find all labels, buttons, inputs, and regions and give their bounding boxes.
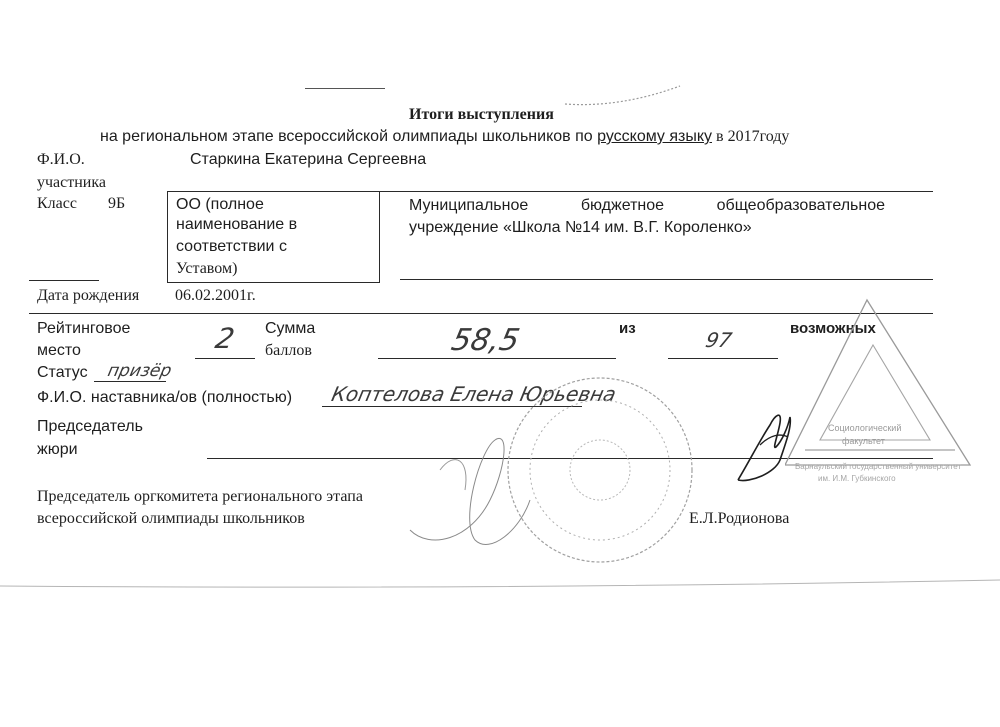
orgcom-label-2: всероссийской олимпиады школьников xyxy=(37,509,305,529)
fio-underline xyxy=(378,191,933,192)
orgcom-name: Е.Л.Родионова xyxy=(689,509,789,529)
rating-underline xyxy=(195,358,255,359)
sum-label: Сумма xyxy=(265,319,315,339)
org-value-line-1: Муниципальное бюджетное общеобразователь… xyxy=(409,196,885,216)
rating-label: Рейтинговое xyxy=(37,319,130,339)
document-title: Итоги выступления xyxy=(409,106,554,124)
org-value-line-2: учреждение «Школа №14 им. В.Г. Короленко… xyxy=(409,218,752,238)
triangle-stamp-bottom-1: Барнаульский государственный университет xyxy=(795,462,961,471)
jury-label: Председатель xyxy=(37,417,143,437)
orgcom-label: Председатель оргкомитета регионального э… xyxy=(37,487,363,507)
subject: русскому языку xyxy=(597,128,712,145)
org-label-line-4: Уставом) xyxy=(176,259,237,279)
fio-label: Ф.И.О. xyxy=(37,150,85,170)
status-underline xyxy=(94,381,166,382)
top-short-line xyxy=(305,88,385,89)
rating-label-2: место xyxy=(37,341,81,361)
jury-label-2: жюри xyxy=(37,440,78,460)
max-underline xyxy=(668,358,778,359)
birth-value: 06.02.2001г. xyxy=(175,286,256,306)
class-value: 9Б xyxy=(108,194,125,214)
status-label: Статус xyxy=(37,363,88,383)
mentor-label: Ф.И.О. наставника/ов (полностью) xyxy=(37,388,292,408)
triangle-stamp-bottom-2: им. И.М. Губкинского xyxy=(818,474,896,483)
sum-label-2: баллов xyxy=(265,341,312,361)
max-value: 97 xyxy=(703,328,734,352)
org-label-line-2: наименование в xyxy=(176,215,297,235)
fio-label-2: участника xyxy=(37,173,106,193)
triangle-stamp-inner-2: факультет xyxy=(842,436,885,446)
triangle-stamp-inner-1: Социологический xyxy=(828,423,901,433)
org-underline xyxy=(400,279,933,280)
document-subtitle: на региональном этапе всероссийской олим… xyxy=(100,127,789,147)
sum-value: 58,5 xyxy=(448,323,522,358)
stamp-fragment-top xyxy=(560,82,690,112)
class-underline xyxy=(29,280,99,281)
orgcom-signature-icon xyxy=(400,410,560,560)
fio-value: Старкина Екатерина Сергеевна xyxy=(190,150,426,170)
rating-value: 2 xyxy=(212,322,237,355)
birth-label: Дата рождения xyxy=(37,286,139,306)
org-label-line-3: соответствии с xyxy=(176,237,287,257)
of-label: из xyxy=(619,320,636,337)
subtitle-suffix: в 2017году xyxy=(712,128,789,145)
org-label-line-1: ОО (полное xyxy=(176,194,264,215)
triangle-stamp-icon xyxy=(785,290,985,490)
status-value: призёр xyxy=(106,361,174,381)
subtitle-prefix: на региональном этапе всероссийской олим… xyxy=(100,128,597,145)
class-label: Класс xyxy=(37,194,77,214)
sum-underline xyxy=(378,358,616,359)
paper-fold-line xyxy=(0,578,1000,598)
